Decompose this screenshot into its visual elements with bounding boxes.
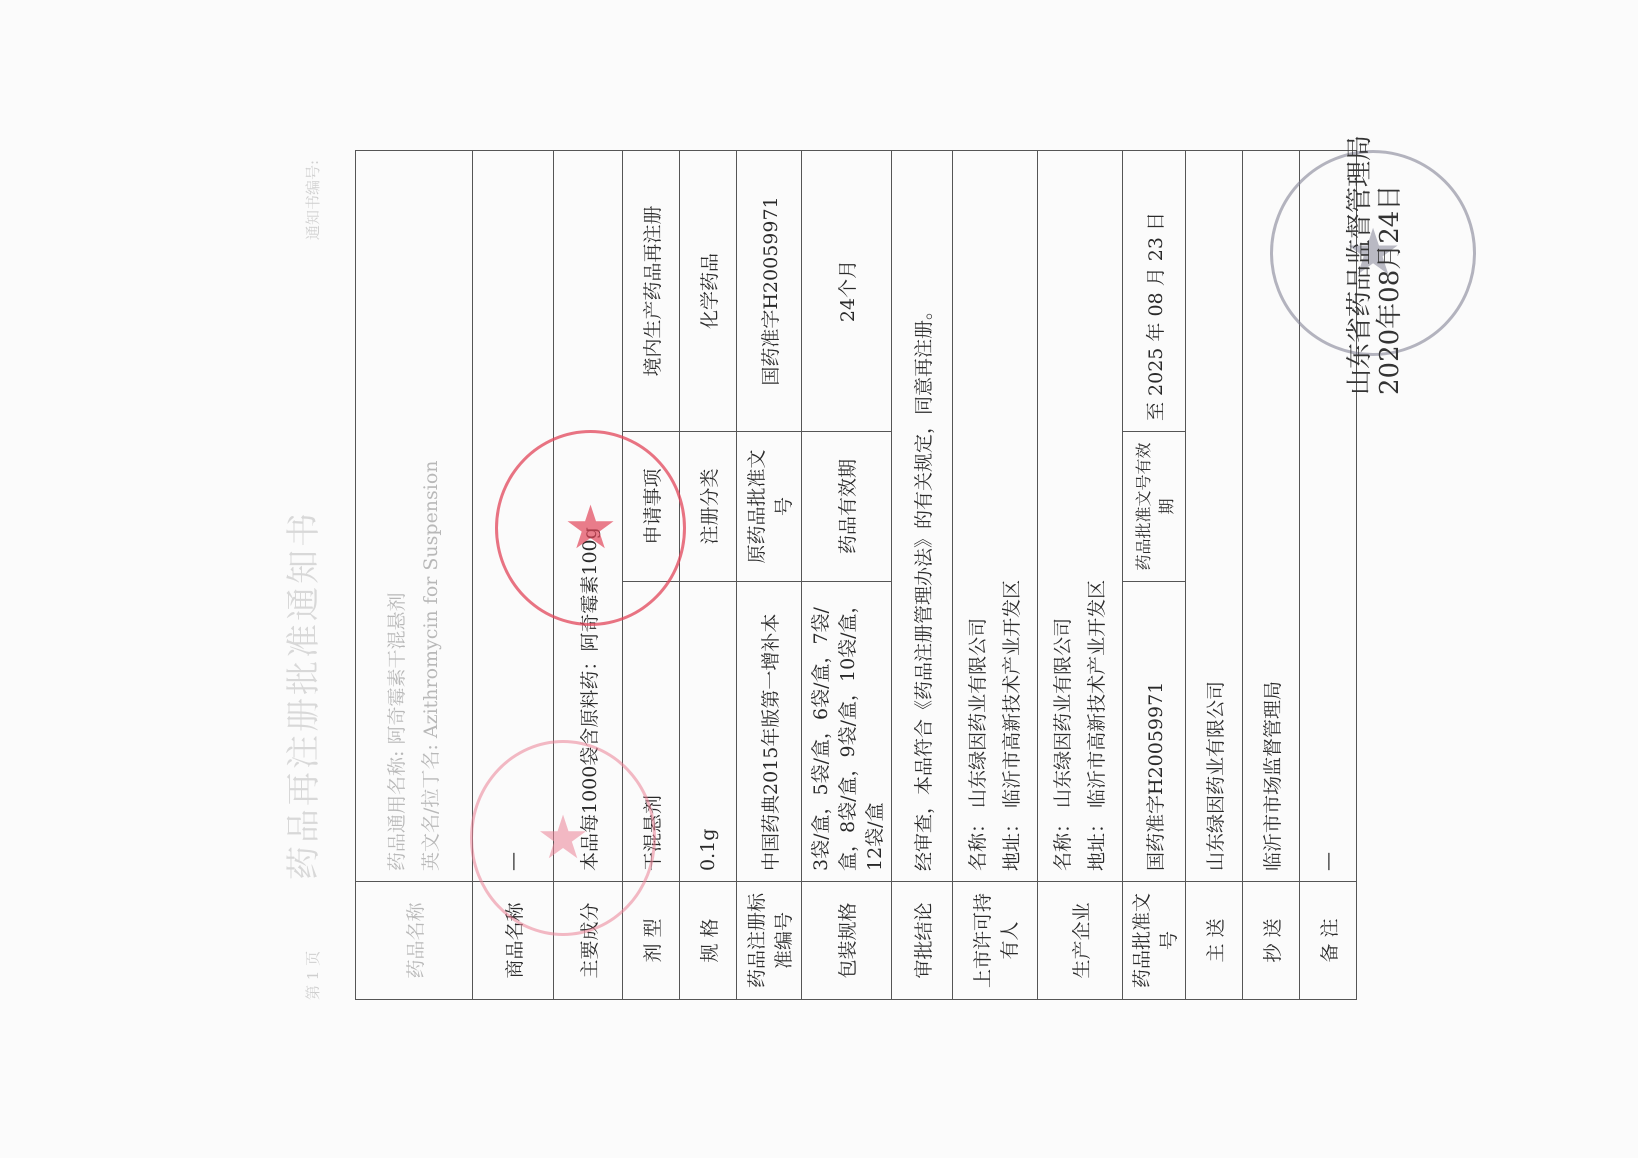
row-manufacturer: 生产企业 名称： 山东绿因药业有限公司 地址： 临沂市高新技术产业开发区 [1038,151,1123,1000]
label-approval-number: 药品批准文号 [1123,882,1186,1000]
issuer-block: 山东省药品监督管理局 2020年08月24日 [1345,135,1405,395]
document-number-label: 通知书编号: [302,160,323,240]
value-manufacturer: 名称： 山东绿因药业有限公司 地址： 临沂市高新技术产业开发区 [1038,151,1123,882]
row-drug-name: 药品名称 药品通用名称: 阿奇霉素干混悬剂 英文名/拉丁名: Azithromy… [356,151,473,1000]
row-packaging: 包装规格 3袋/盒，5袋/盒，6袋/盒，7袋/盒，8袋/盒，9袋/盒，10袋/盒… [802,151,892,1000]
label-cc: 抄 送 [1243,882,1300,1000]
row-spec: 规 格 0.1g 注册分类 化学药品 [680,151,737,1000]
holder-name-value: 山东绿因药业有限公司 [967,618,989,808]
value-application: 境内生产药品再注册 [623,151,680,432]
document-title: 药品再注册批准通知书 [276,510,325,880]
manufacturer-address-value: 临沂市高新技术产业开发区 [1086,580,1108,808]
seal-star-icon: ★ [536,803,590,873]
label-shelf-life: 药品有效期 [802,432,892,582]
seal-star-icon: ★ [564,493,618,563]
row-conclusion: 审批结论 经审查，本品符合《药品注册管理办法》的有关规定，同意再注册。 [892,151,953,1000]
value-registration-class: 化学药品 [680,151,737,432]
value-shelf-life: 24个月 [802,151,892,432]
row-approval-number: 药品批准文号 国药准字H20059971 药品批准文号有效期 至 2025 年 … [1123,151,1186,1000]
label-remarks: 备 注 [1300,882,1357,1000]
value-spec: 0.1g [680,582,737,882]
value-drug-name: 药品通用名称: 阿奇霉素干混悬剂 英文名/拉丁名: Azithromycin f… [356,151,473,882]
row-standard: 药品注册标准编号 中国药典2015年版第一增补本 原药品批准文号 国药准字H20… [737,151,802,1000]
label-holder: 上市许可持有人 [953,882,1038,1000]
company-seal-faded: ★ [470,740,656,936]
english-name-value: Azithromycin for Suspension [420,460,442,738]
label-manufacturer: 生产企业 [1038,882,1123,1000]
label-conclusion: 审批结论 [892,882,953,1000]
label-drug-name: 药品名称 [356,882,473,1000]
row-holder: 上市许可持有人 名称： 山东绿因药业有限公司 地址： 临沂市高新技术产业开发区 [953,151,1038,1000]
label-approval-validity: 药品批准文号有效期 [1123,432,1186,582]
value-original-approval: 国药准字H20059971 [737,151,802,432]
value-packaging: 3袋/盒，5袋/盒，6袋/盒，7袋/盒，8袋/盒，9袋/盒，10袋/盒，12袋/… [802,582,892,882]
value-conclusion: 经审查，本品符合《药品注册管理办法》的有关规定，同意再注册。 [892,151,953,882]
document-header: 第 1 页 药品再注册批准通知书 通知书编号: [240,150,340,1000]
label-standard: 药品注册标准编号 [737,882,802,1000]
holder-address-value: 临沂市高新技术产业开发区 [1001,580,1023,808]
company-seal-red: ★ [495,430,686,626]
value-main-recipient: 山东绿因药业有限公司 [1186,151,1243,882]
holder-name-label: 名称： [967,814,989,871]
value-approval-number: 国药准字H20059971 [1123,582,1186,882]
label-registration-class: 注册分类 [680,432,737,582]
label-main-recipient: 主 送 [1186,882,1243,1000]
manufacturer-name-value: 山东绿因药业有限公司 [1052,618,1074,808]
issue-date: 2020年08月24日 [1375,135,1405,395]
manufacturer-name-label: 名称： [1052,814,1074,871]
manufacturer-address-label: 地址： [1086,814,1108,871]
value-approval-validity: 至 2025 年 08 月 23 日 [1123,151,1186,432]
label-packaging: 包装规格 [802,882,892,1000]
generic-name-label: 药品通用名称: [386,751,408,871]
label-spec: 规 格 [680,882,737,1000]
page-number: 第 1 页 [302,951,323,1000]
row-main-recipient: 主 送 山东绿因药业有限公司 [1186,151,1243,1000]
generic-name-value: 阿奇霉素干混悬剂 [386,593,408,745]
label-original-approval: 原药品批准文号 [737,432,802,582]
english-name-label: 英文名/拉丁名: [420,744,442,871]
value-holder: 名称： 山东绿因药业有限公司 地址： 临沂市高新技术产业开发区 [953,151,1038,882]
issuer-name: 山东省药品监督管理局 [1345,135,1375,395]
value-standard: 中国药典2015年版第一增补本 [737,582,802,882]
holder-address-label: 地址： [1001,814,1023,871]
